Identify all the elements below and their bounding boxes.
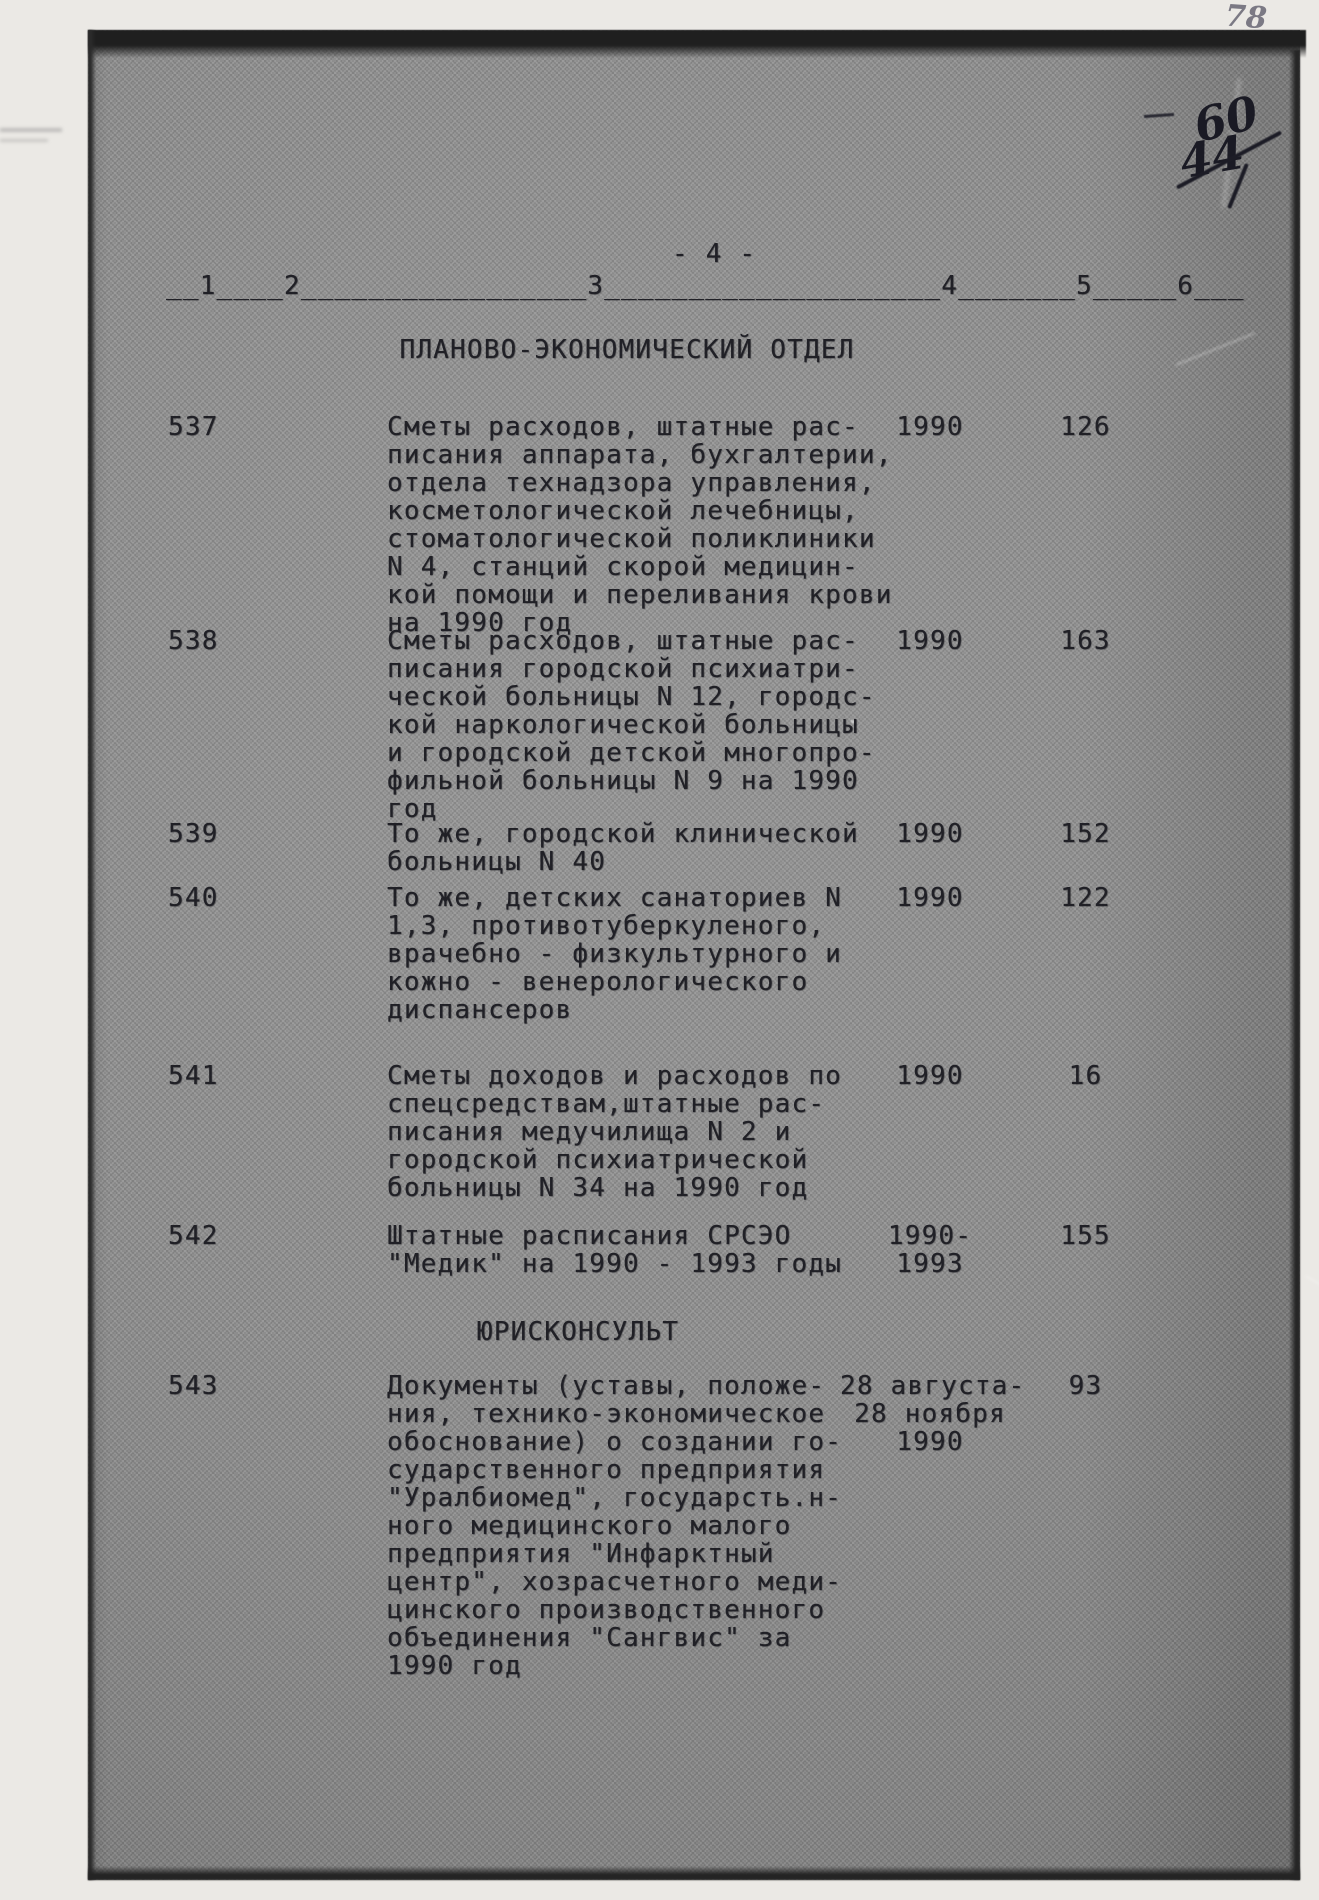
entry-description: Сметы расходов, штатные рас- писания гор… (387, 627, 887, 823)
entry-page-count: 16 (1038, 1062, 1133, 1090)
section-title-yuriskonsult: ЮРИСКОНСУЛЬТ (387, 1318, 769, 1346)
section-title-planovo-ekonomicheskiy-otdel: ПЛАНОВО-ЭКОНОМИЧЕСКИЙ ОТДЕЛ (387, 336, 867, 364)
entry-page-count: 93 (1038, 1372, 1133, 1400)
entry-dates: 1990 (840, 884, 1020, 912)
entry-dates: 1990 (840, 627, 1020, 655)
entry-page-count: 163 (1038, 627, 1133, 655)
entry-page-count: 126 (1038, 413, 1133, 441)
entry-description: То же, детских санаториев N 1,3, противо… (387, 884, 887, 1024)
entry-description: Документы (уставы, положе- ния, технико-… (387, 1372, 887, 1680)
entry-description: Сметы расходов, штатные рас- писания апп… (387, 413, 887, 637)
entry-number: 537 (168, 413, 219, 441)
ink-annotation: 60 44 (1178, 96, 1288, 206)
document-scan-page: 78 60 44 - 4 - __1____2_________________… (0, 0, 1319, 1900)
margin-smudge (0, 139, 48, 142)
entry-number: 539 (168, 820, 219, 848)
entry-page-count: 155 (1038, 1222, 1133, 1250)
crease-mark (1305, 1275, 1319, 1297)
entry-page-count: 152 (1038, 820, 1133, 848)
entry-dates: 1990 (840, 413, 1020, 441)
photocopy-edge-top (88, 30, 1306, 58)
photocopy-edge-left (88, 30, 96, 1880)
margin-smudge (0, 128, 62, 132)
entry-dates: 1990 (840, 820, 1020, 848)
entry-number: 538 (168, 627, 219, 655)
photocopy-edge-bottom (88, 1866, 1300, 1880)
entry-dates: 28 августа- 28 ноября 1990 (840, 1372, 1020, 1456)
column-ruler: __1____2_________________3______________… (166, 272, 1245, 300)
entry-page-count: 122 (1038, 884, 1133, 912)
entry-dates: 1990 (840, 1062, 1020, 1090)
entry-dates: 1990- 1993 (840, 1222, 1020, 1278)
entry-description: То же, городской клинической больницы N … (387, 820, 887, 876)
photocopy-edge-right (1289, 50, 1300, 1880)
pencil-page-number: 78 (1224, 0, 1268, 36)
entry-number: 541 (168, 1062, 219, 1090)
entry-number: 543 (168, 1372, 219, 1400)
entry-description: Штатные расписания СРСЭО "Медик" на 1990… (387, 1222, 887, 1278)
entry-number: 540 (168, 884, 219, 912)
entry-number: 542 (168, 1222, 219, 1250)
entry-description: Сметы доходов и расходов по спецсредства… (387, 1062, 887, 1202)
page-number: - 4 - (672, 240, 756, 268)
